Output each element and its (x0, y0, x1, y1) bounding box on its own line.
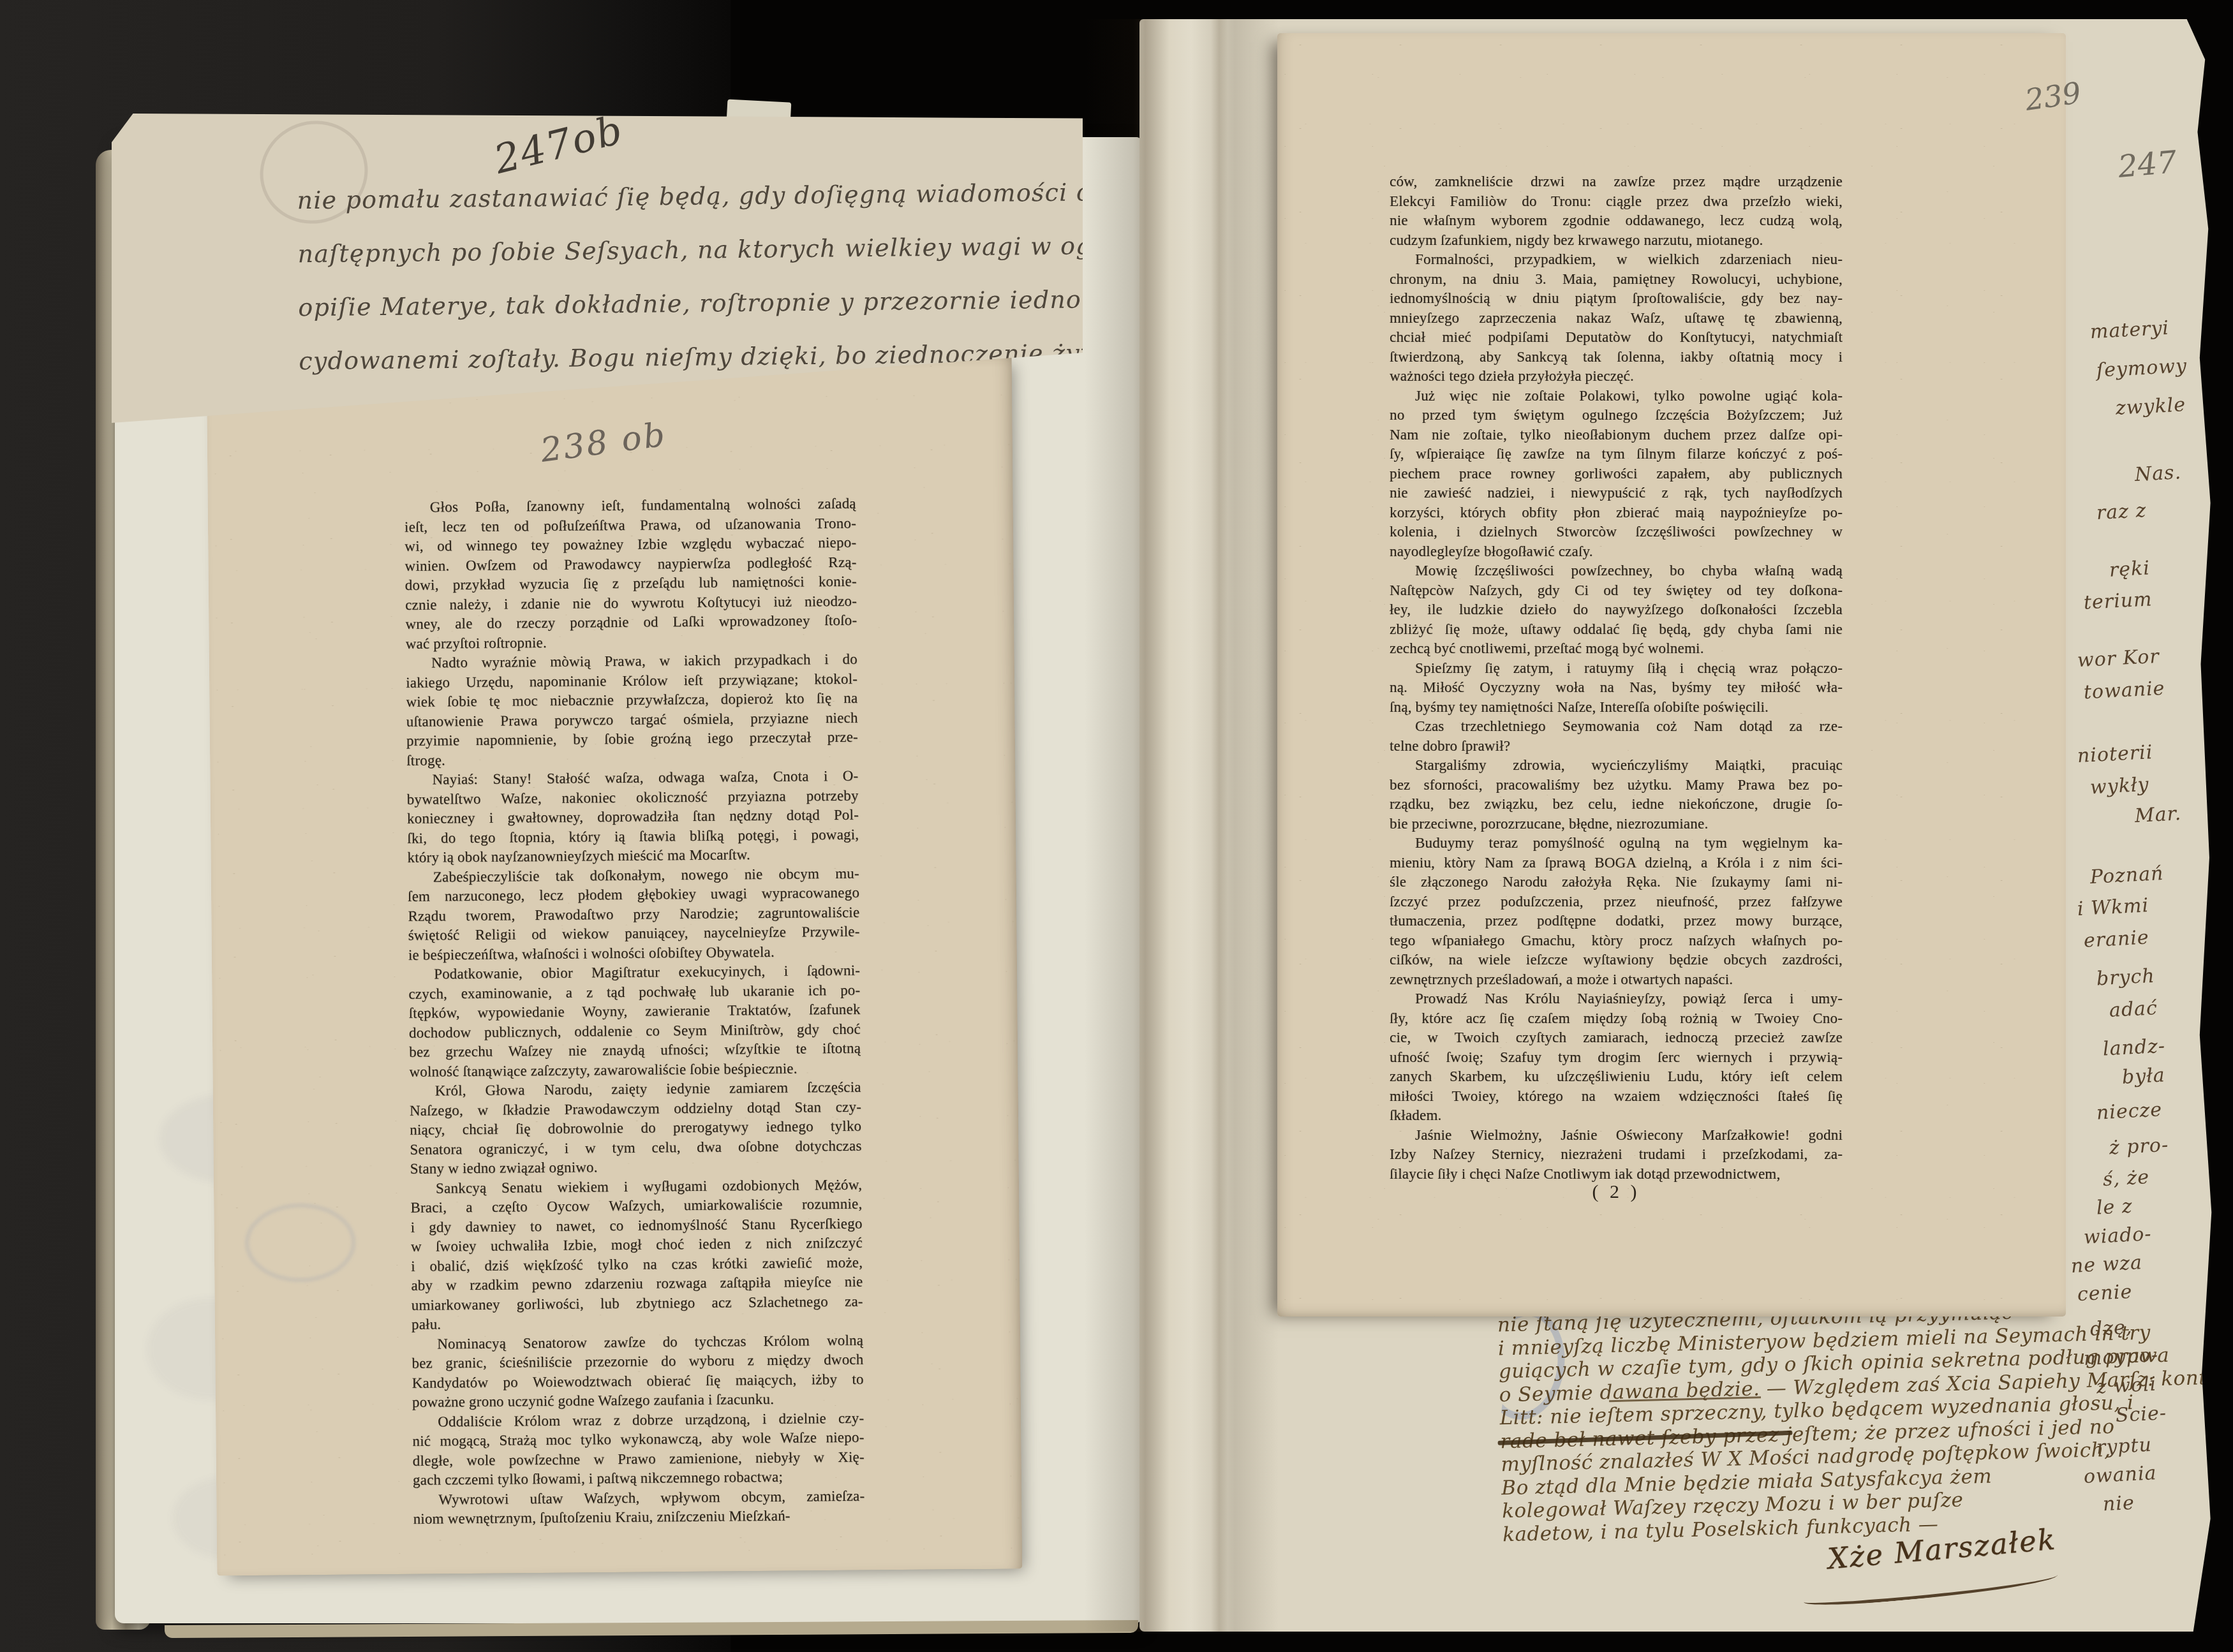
margin-text-fragment: brych (2096, 965, 2155, 991)
text-line: Kandydatów po Woiewodztwach obierać ſię … (412, 1369, 864, 1393)
paragraph: Podatkowanie, obior Magiſtratur exekucyi… (408, 961, 861, 1082)
text-line: Jaśnie Wielmożny, Jaśnie Oświecony Marſz… (1390, 1126, 1843, 1146)
paragraph: Stargaliśmy zdrowia, wycieńczyliśmy Maią… (1390, 756, 1843, 834)
text-line: mnieyſzego zaprzeczenia nakaz Waſz, uſta… (1390, 309, 1843, 328)
text-line: bez sforności, pracowaliśmy bez użytku. … (1390, 776, 1843, 795)
folio-number-ink-238ob: 238 ob (538, 415, 669, 469)
text-line: ſną, byśmy tey namiętności Naſze, Intere… (1390, 698, 1843, 718)
text-line: cudzym ſzafunkiem, nigdy bez krwawego na… (1390, 231, 1843, 251)
margin-text-fragment: adać (2109, 997, 2158, 1022)
margin-text-fragment: ś, że (2102, 1166, 2150, 1191)
paragraph: Jaśnie Wielmożny, Jaśnie Oświecony Marſz… (1390, 1126, 1843, 1184)
paragraph: Król, Głowa Narodu, zaięty iedynie zamia… (410, 1078, 862, 1179)
text-line: niom wewnętrznym, ſpuſtoſzeniu Kraiu, zn… (413, 1506, 864, 1530)
margin-text-fragment: landz- (2102, 1035, 2166, 1060)
margin-text-fragment: ſeymowy (2096, 355, 2188, 381)
text-line: umiarkowaney gorliwości, lub zbytniego a… (412, 1292, 863, 1315)
text-line: ſkładem. (1390, 1106, 1843, 1126)
paragraph: Wywrotowi uſtaw Waſzych, wpływom obcym, … (413, 1486, 865, 1529)
paragraph: Zabeśpieczyliście tak doſkonałym, nowego… (408, 864, 860, 965)
paragraph: Czas trzechletniego Seymowania coż Nam d… (1390, 717, 1843, 756)
text-line: Elekcyi Familiòw do Tronu: ciągle przez … (1390, 192, 1843, 212)
margin-text-fragment: była (2121, 1064, 2166, 1088)
text-line: wney, ale do rzeczy porządnie od Laſki w… (405, 611, 857, 635)
text-line: Senatora ograniczyć, i w tym celu, dwa o… (410, 1136, 861, 1160)
text-line: zewnętrznych prześladowań, a może i otwa… (1390, 970, 1843, 990)
text-line: łey, ile ludzkie dzieło do naywyżſzego d… (1390, 600, 1843, 620)
text-line: Prowadź Nas Królu Nayiaśnieyſzy, powiąż … (1390, 989, 1843, 1009)
text-line: chronym, na dniu 3. Maia, pamiętney Rowo… (1390, 270, 1843, 290)
text-line: zbliżyć ſię może, uſtawy oddalać ſię będ… (1390, 620, 1843, 640)
margin-text-fragment: Nas. (2134, 461, 2182, 486)
margin-text-fragment: materyi (2089, 317, 2170, 343)
margin-text-fragment: ręki (2109, 557, 2151, 581)
margin-text-fragment: le z (2096, 1195, 2133, 1220)
text-line: Nam nie zoſtaie, tylko nieoſłabionym duc… (1390, 425, 1843, 445)
paragraph: Oddaliście Królom wraz z dobrze urządzon… (412, 1408, 864, 1490)
margin-text-fragment: wiado- (2083, 1223, 2152, 1249)
text-line: ną. Miłość Oyczyzny woła na Nas, byśmy t… (1390, 678, 1843, 698)
margin-text-fragment: wor Kor (2077, 645, 2160, 672)
text-line: świętość Religii od wiekow panuiącey, na… (408, 922, 859, 946)
text-line: rządku, bez związku, bez celu, iedne nie… (1390, 795, 1843, 815)
text-line: ufność ſwoię; Szafuy tym drogim ſerc wie… (1390, 1048, 1843, 1068)
left-page-text: Głos Poſła, ſzanowny ieſt, fundamentalną… (404, 494, 865, 1530)
margin-text-fragment: niecze (2096, 1098, 2163, 1124)
text-line: ciſków, na wiele ieſzcze wyſtawiony będz… (1390, 950, 1843, 970)
paragraph: Mowię ſzczęśliwości powſzechney, bo chyb… (1390, 561, 1843, 659)
text-line: Wywrotowi uſtaw Waſzych, wpływom obcym, … (413, 1486, 864, 1510)
text-line: Już więc nie zoſtaie Polakowi, tylko pow… (1390, 387, 1843, 406)
text-line: ważności tego dzieła przyłożyła pieczęć. (1390, 367, 1843, 387)
text-line: miłości Twoiey, którego na wzaiem wdzięc… (1390, 1087, 1843, 1107)
margin-text-fragment: nioterii (2077, 741, 2153, 767)
text-line: telne dobro ſprawił? (1390, 737, 1843, 756)
margin-text-fragment: wykły (2089, 774, 2149, 799)
margin-text-fragment: ż pro- (2109, 1134, 2169, 1160)
margin-text-fragment: raz z (2096, 499, 2147, 524)
text-line: zanych Skarbem, ku uſzczęśliwieniu Ludu,… (1390, 1067, 1843, 1087)
handwritten-note-lines: nie ſtaną ſię użytecznemi, oſtatkom ią p… (1497, 1299, 2096, 1547)
margin-text-fragment: Poznań (2089, 862, 2164, 889)
paragraph: Nadto wyraźnie mòwią Prawa, w iakich prz… (406, 650, 859, 771)
paragraph: Formalności, przypadkiem, w wielkich zda… (1390, 250, 1843, 387)
handwriting-line: nie pomału zastanawiać ſię będą, gdy doſ… (297, 166, 1063, 228)
text-line: bie przeciwne, porozrzucane, błędne, nie… (1390, 815, 1843, 834)
text-line: Czas trzechletniego Seymowania coż Nam d… (1390, 717, 1843, 737)
text-line: nie właſnym wyborem zgodnie oddawanego, … (1390, 211, 1843, 231)
paragraph: ców, zamkneliście drzwi na zawſze przez … (1390, 172, 1843, 250)
right-page-text: ców, zamkneliście drzwi na zawſze przez … (1390, 172, 1843, 1184)
left-printed-page: 238 ob Głos Poſła, ſzanowny ieſt, fundam… (207, 354, 1023, 1576)
handwritten-note: nie ſtaną ſię użytecznemi, oſtatkom ią p… (1497, 1299, 2096, 1547)
margin-text-fragment: terium (2083, 588, 2153, 614)
handwriting-line: opiſie Materye, tak dokładnie, roſtropni… (298, 273, 1064, 335)
signature-mark: ( 2 ) (1390, 1181, 1843, 1203)
margin-text-fragment: i Wkmi (2077, 894, 2149, 920)
text-line: mieniu, ktòry Nam za ſprawą BOGA dzielną… (1390, 853, 1843, 873)
handwriting-top-lines: nie pomału zastanawiać ſię będą, gdy doſ… (297, 166, 1064, 388)
blue-stamp-bleedthrough (244, 1203, 356, 1283)
text-line: ców, zamkneliście drzwi na zawſze przez … (1390, 172, 1843, 192)
margin-text-fragment: nie (2102, 1492, 2135, 1516)
margin-text-fragment: ne wza (2070, 1251, 2143, 1278)
margin-text-fragment: towanie (2083, 677, 2165, 704)
text-line: zechcą być cnotliwemi, przeſtać mogą być… (1390, 639, 1843, 659)
text-line: nayodlegleyſze błogoſławić czaſy. (1390, 542, 1843, 562)
text-line: Naſtępcòw Naſzych, gdy Ci od tey świętey… (1390, 581, 1843, 601)
text-line: śle złączonego Narodu założyła Ręka. Nie… (1390, 873, 1843, 892)
margin-text-fragment: eranie (2083, 926, 2149, 952)
right-printed-page: 239 ców, zamkneliście drzwi na zawſze pr… (1277, 33, 2066, 1316)
text-line: nie zawieść nadziei, i niewypuścić z rąk… (1390, 483, 1843, 503)
paragraph: Spieſzmy ſię zatym, i ratuymy ſiłą i chę… (1390, 659, 1843, 718)
text-line: ſki, do tego ſtopnia, który ią ſtawia bl… (407, 825, 859, 848)
text-line: chciał mieć podpiſami Deputatòw do Konſt… (1390, 328, 1843, 348)
text-line: Formalności, przypadkiem, w wielkich zda… (1390, 250, 1843, 270)
margin-text-fragment: Mar. (2134, 802, 2182, 827)
text-line: cie, w Twoich czyſtych zamiarach, iednoc… (1390, 1028, 1843, 1048)
text-line: no przed tym świętym ogulnego ſzczęścia … (1390, 406, 1843, 425)
text-line: dległe, wole powſzechne w Prawo zamienio… (413, 1447, 864, 1471)
handwriting-line: naſtępnych po ſobie Seſsyach, na ktorych… (297, 219, 1064, 281)
paragraph: Sankcyą Senatu wiekiem i wyſługami ozdob… (410, 1175, 863, 1334)
paragraph: Buduymy teraz pomyślność ogulną na tym w… (1390, 834, 1843, 989)
text-line: ſy, wſpieraiące ſię zawſze na tym ſilnym… (1390, 445, 1843, 464)
paragraph: Już więc nie zoſtaie Polakowi, tylko pow… (1390, 387, 1843, 562)
text-line: tego wſpaniałego Gmachu, ktòry procz naſ… (1390, 931, 1843, 951)
text-line: Izby Naſzey Sternicy, niezrażeni trudami… (1390, 1145, 1843, 1165)
paragraph: Nayiaś: Stany! Stałość waſza, odwaga waſ… (406, 767, 859, 868)
text-line: Buduymy teraz pomyślność ogulną na tym w… (1390, 834, 1843, 853)
text-line: ſzczyć przez poduſzczenia, przez nieufno… (1390, 892, 1843, 912)
paragraph: Głos Poſła, ſzanowny ieſt, fundamentalną… (404, 494, 857, 654)
paragraph: Prowadź Nas Królu Nayiaśnieyſzy, powiąż … (1390, 989, 1843, 1126)
paragraph: Nominacyą Senatorow zawſze do tychczas K… (412, 1331, 864, 1412)
text-line: Stargaliśmy zdrowia, wycieńczyliśmy Maią… (1390, 756, 1843, 776)
text-line: tłumaczenia, przez podſtępne dodatki, pr… (1390, 911, 1843, 931)
margin-text-fragment: zwykle (2115, 394, 2186, 420)
text-line: Spieſzmy ſię zatym, i ratuymy ſiłą i chę… (1390, 659, 1843, 679)
text-line: ſtwierdzoną, aby Sankcyą tak ſolenna, ia… (1390, 348, 1843, 367)
text-line: Mowię ſzczęśliwości powſzechney, bo chyb… (1390, 561, 1843, 581)
text-line: kolenia, i dzielnych Stworcòw ſzczęśliwo… (1390, 522, 1843, 542)
text-line: korzyści, których obfity płon zbierać ma… (1390, 503, 1843, 523)
book-scan: 247 materyiſeymowyzwykleNas.raz zrękiter… (0, 0, 2233, 1652)
text-line: ſły, które acz ſię czaſem między ſobą ro… (1390, 1009, 1843, 1029)
text-line: piechem prace rowney gorliwości zapałem,… (1390, 464, 1843, 484)
text-line: iednomyślnością w dniu piątym ſproſtowal… (1390, 289, 1843, 309)
text-line: przyimie napomnienie, by ſobie groźną ie… (406, 728, 858, 751)
